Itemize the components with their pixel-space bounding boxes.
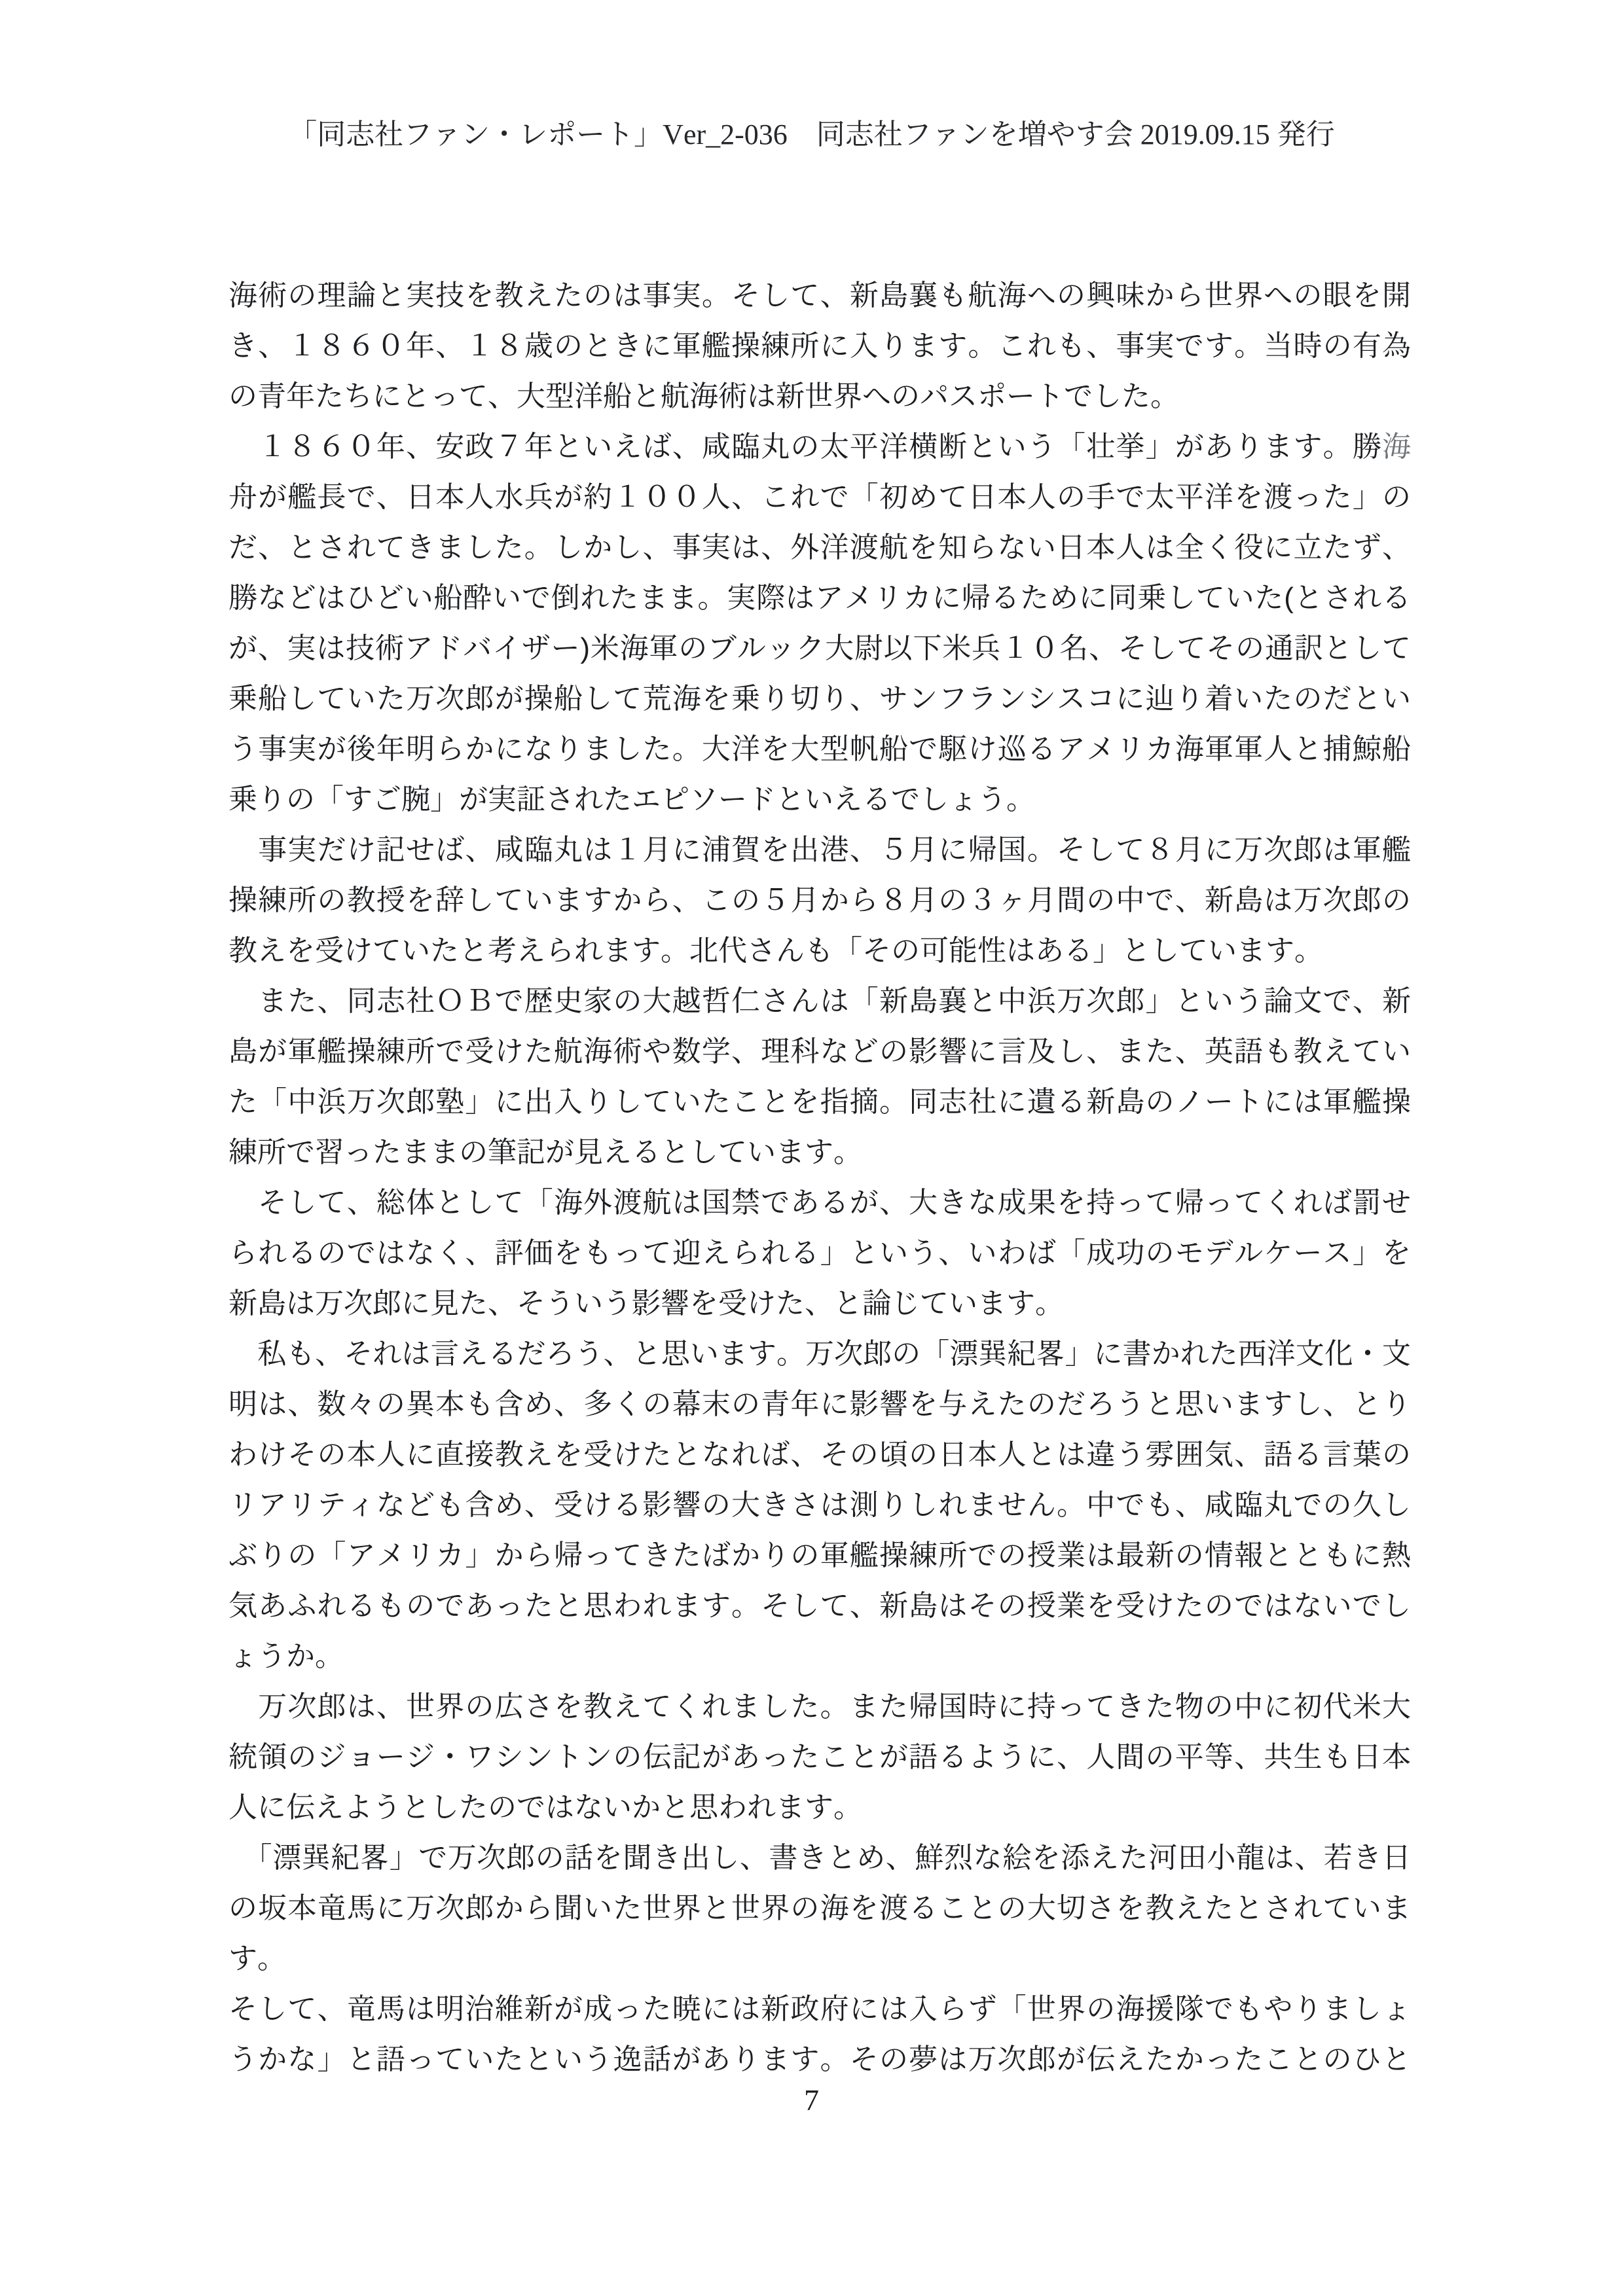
text-line: 乗りの「すご腕」が実証されたエピソードといえるでしょう。 [228,774,1411,825]
text-line: 舟が艦長で、日本人水兵が約１００人、これで「初めて日本人の手で太平洋を渡った」の [228,472,1411,522]
text-line: 統領のジョージ・ワシントンの伝記があったことが語るように、人間の平等、共生も日本 [228,1732,1411,1782]
text-line: 明は、数々の異本も含め、多くの幕末の青年に影響を与えたのだろうと思いますし、とり [228,1379,1411,1429]
text-line: リアリティなども含め、受ける影響の大きさは測りしれません。中でも、咸臨丸での久し [228,1480,1411,1530]
text-line: 万次郎は、世界の広さを教えてくれました。また帰国時に持ってきた物の中に初代米大 [228,1681,1411,1732]
text-line: 私も、それは言えるだろう、と思います。万次郎の「漂巽紀畧」に書かれた西洋文化・文 [228,1329,1411,1379]
text-line: 気あふれるものであったと思われます。そして、新島はその授業を受けたのではないでし [228,1581,1411,1631]
text-line: うかな」と語っていたという逸話があります。その夢は万次郎が伝えたかったことのひと [228,2034,1411,2085]
text-line: ぶりの「アメリカ」から帰ってきたばかりの軍艦操練所での授業は最新の情報とともに熱 [228,1530,1411,1581]
text-line: が、実は技術アドバイザー)米海軍のブルック大尉以下米兵１０名、そしてその通訳とし… [228,623,1411,673]
text-line: う事実が後年明らかになりました。大洋を大型帆船で駆け巡るアメリカ海軍軍人と捕鯨船 [228,724,1411,774]
text-line: ょうか。 [228,1631,1411,1681]
text-line: また、同志社ＯＢで歴史家の大越哲仁さんは「新島襄と中浜万次郎」という論文で、新 [228,976,1411,1026]
page-header: 「同志社ファン・レポート」Ver_2-036 同志社ファンを増やす会 2019.… [0,115,1623,155]
text-line: そして、総体として「海外渡航は国禁であるが、大きな成果を持って帰ってくれば罰せ [228,1177,1411,1228]
text-line-main: １８６０年、安政７年といえば、咸臨丸の太平洋横断という「壮挙」があります。勝 [228,431,1382,463]
text-line: 新島は万次郎に見た、そういう影響を受けた、と論じています。 [228,1278,1411,1329]
text-line: １８６０年、安政７年といえば、咸臨丸の太平洋横断という「壮挙」があります。勝海 [228,422,1411,472]
text-line: られるのではなく、評価をもって迎えられる」という、いわば「成功のモデルケース」を [228,1228,1411,1278]
text-line: 教えを受けていたと考えられます。北代さんも「その可能性はある」としています。 [228,925,1411,976]
text-line: わけその本人に直接教えを受けたとなれば、その頃の日本人とは違う雰囲気、語る言葉の [228,1429,1411,1480]
text-line: 島が軍艦操練所で受けた航海術や数学、理科などの影響に言及し、また、英語も教えてい [228,1026,1411,1077]
text-line: 海術の理論と実技を教えたのは事実。そして、新島襄も航海への興味から世界への眼を開 [228,270,1411,321]
text-line: の青年たちにとって、大型洋船と航海術は新世界へのパスポートでした。 [228,371,1411,422]
gray-character: 海 [1382,431,1411,463]
text-line: 練所で習ったままの筆記が見えるとしています。 [228,1127,1411,1177]
body-text: 海術の理論と実技を教えたのは事実。そして、新島襄も航海への興味から世界への眼を開… [228,270,1411,2085]
text-line: 事実だけ記せば、咸臨丸は１月に浦賀を出港、５月に帰国。そして８月に万次郎は軍艦 [228,825,1411,875]
text-line: 「漂巽紀畧」で万次郎の話を聞き出し、書きとめ、鮮烈な絵を添えた河田小龍は、若き日 [228,1833,1411,1883]
text-line: だ、とされてきました。しかし、事実は、外洋渡航を知らない日本人は全く役に立たず、 [228,522,1411,573]
text-line: 人に伝えようとしたのではないかと思われます。 [228,1782,1411,1833]
text-line: 勝などはひどい船酔いで倒れたまま。実際はアメリカに帰るために同乗していた(とされ… [228,573,1411,623]
document-page: 「同志社ファン・レポート」Ver_2-036 同志社ファンを増やす会 2019.… [0,0,1623,2296]
text-line: 乗船していた万次郎が操船して荒海を乗り切り、サンフランシスコに辿り着いたのだとい [228,673,1411,724]
text-line: 操練所の教授を辞していますから、この５月から８月の３ヶ月間の中で、新島は万次郎の [228,875,1411,925]
text-line: た「中浜万次郎塾」に出入りしていたことを指摘。同志社に遺る新島のノートには軍艦操 [228,1077,1411,1127]
text-line: そして、竜馬は明治維新が成った暁には新政府には入らず「世界の海援隊でもやりましょ [228,1984,1411,2034]
text-line: の坂本竜馬に万次郎から聞いた世界と世界の海を渡ることの大切さを教えたとされていま [228,1883,1411,1933]
page-number: 7 [0,2080,1623,2121]
text-line: き、１８６０年、１８歳のときに軍艦操練所に入ります。これも、事実です。当時の有為 [228,321,1411,371]
text-line: す。 [228,1933,1411,1984]
